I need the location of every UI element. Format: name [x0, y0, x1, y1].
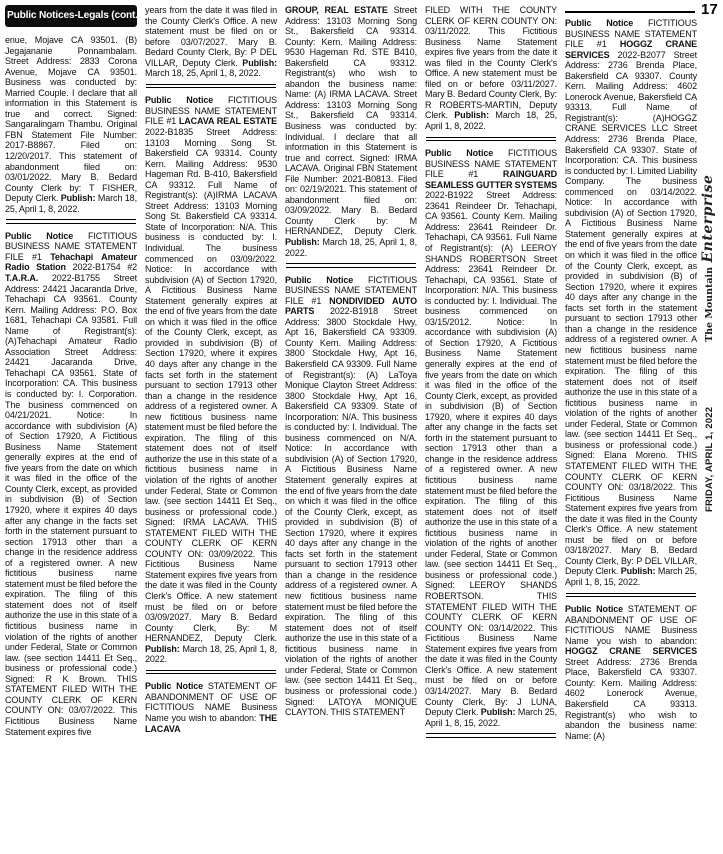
- fbn-lacava-real-estate: Public Notice FICTITIOUS BUSINESS NAME S…: [145, 95, 277, 665]
- notice-divider: [426, 137, 556, 142]
- abandonment-lacava-group-part-1: Public Notice STATEMENT OF ABANDONMENT O…: [145, 681, 277, 734]
- masthead-prefix: The Mountain: [704, 267, 715, 342]
- abandonment-lacava-group-part-2: GROUP, REAL ESTATE Street Address: 13103…: [285, 5, 417, 258]
- column-2: years from the date it was filed in the …: [145, 5, 277, 854]
- notice-divider: [146, 670, 276, 675]
- notices-columns: Public Notices-Legals (cont.)enue, Mojav…: [5, 5, 697, 854]
- section-header: Public Notices-Legals (cont.): [5, 5, 137, 27]
- edition-date: FRIDAY, APRIL 1, 2022: [704, 407, 715, 512]
- fbn-nondivided-auto-parts-part-2: FILED WITH THE COUNTY CLERK OF KERN COUN…: [425, 5, 557, 132]
- abandonment-hoggz-crane-services: Public Notice STATEMENT OF ABANDONMENT O…: [565, 604, 697, 741]
- notice-divider: [566, 593, 696, 598]
- masthead-title: Enterprise: [700, 175, 716, 263]
- fbn-rainguard-gutters: Public Notice FICTITIOUS BUSINESS NAME S…: [425, 148, 557, 728]
- notice-divider: [146, 84, 276, 89]
- abandonment-ponnambalam-continued: enue, Mojave CA 93501. (B) Jegajananie P…: [5, 35, 137, 214]
- column-4: FILED WITH THE COUNTY CLERK OF KERN COUN…: [425, 5, 557, 854]
- fbn-tara-part-1: Public Notice FICTITIOUS BUSINESS NAME S…: [5, 231, 137, 737]
- fbn-hoggz-crane-services: Public Notice FICTITIOUS BUSINESS NAME S…: [565, 18, 697, 588]
- column-1: Public Notices-Legals (cont.)enue, Mojav…: [5, 5, 137, 854]
- column-3: GROUP, REAL ESTATE Street Address: 13103…: [285, 5, 417, 854]
- fbn-nondivided-auto-parts-part-1: Public Notice FICTITIOUS BUSINESS NAME S…: [285, 275, 417, 718]
- fbn-tara-part-2: years from the date it was filed in the …: [145, 5, 277, 79]
- notice-divider: [426, 733, 556, 738]
- masthead: The Mountain Enterprise: [699, 175, 717, 342]
- page-number: 17: [701, 1, 718, 18]
- column-5: Public Notice FICTITIOUS BUSINESS NAME S…: [565, 5, 697, 854]
- notice-divider: [286, 263, 416, 268]
- notice-divider: [6, 219, 136, 224]
